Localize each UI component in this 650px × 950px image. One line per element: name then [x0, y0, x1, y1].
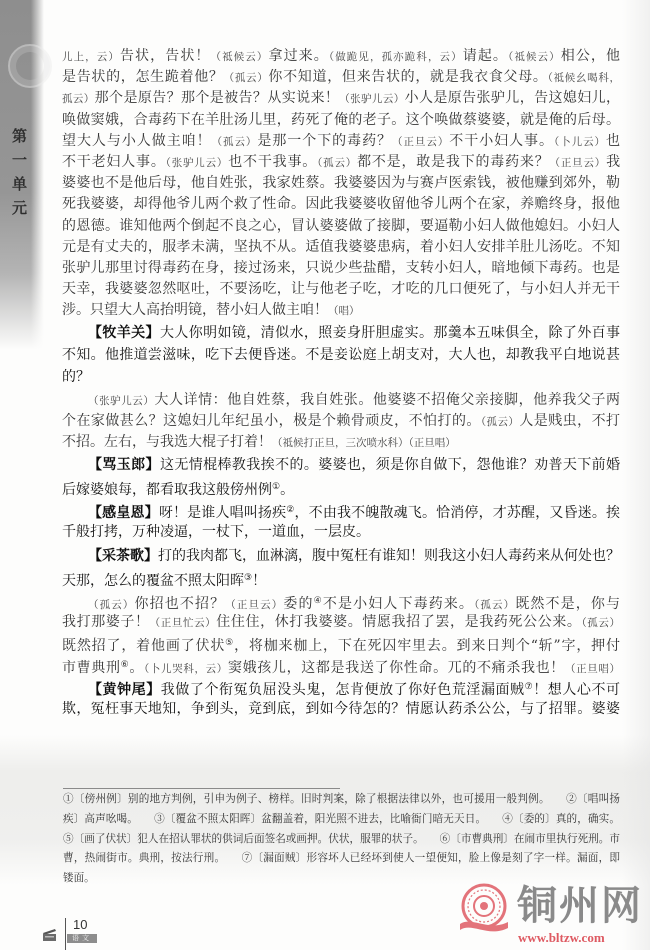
text-line: 【黄钟尾】我做了个衔冤负屈没头鬼，怎肯便放了你好色荒淫漏面贼⑦！想人心不可	[62, 677, 620, 699]
lyric-paragraph: 【感皇恩】呀！是谁人唱叫扬疾②，不由我不魄散魂飞。恰消停，才苏醒，又昏迷。挨千般…	[62, 500, 620, 544]
text-line: 不知。他推道尝滋味，吃下去便昏迷。不是妾讼庭上胡支对，大人也，却教我平白地说甚	[62, 345, 620, 367]
footnote-line: ⑤〔画了伏状〕犯人在招认罪状的供词后面签名或画押。伏状，服罪的状子。 ⑥〔市曹典…	[63, 830, 620, 850]
song-title: 【采茶歌】	[88, 548, 158, 564]
footnote-ref: ⑤	[225, 638, 234, 648]
body-text: 小人是原告张驴儿，告这媳妇儿，	[405, 90, 620, 106]
song-title: 【牧羊关】	[88, 325, 160, 341]
footnote-ref: ③	[244, 573, 252, 583]
stage-direction: （做跪见，孤亦跪科，云）	[329, 51, 463, 63]
text-line: 死我婆婆，却得他爷儿两个救了性命。因此我婆婆收留他爷儿两个在家，养赡终身，报他	[62, 194, 620, 215]
body-text: 婆婆也不是他后母，他自姓张，我家姓蔡。我婆婆因为与赛卢医索钱，被他赚到郊外，勒	[62, 175, 620, 191]
lyric-paragraph: 【骂玉郎】这无情棍棒教我挨不的。婆婆也，须是你自做下，怨他谁？劝普天下前婚后嫁婆…	[62, 455, 620, 499]
footnote-ref: ④	[314, 596, 323, 606]
text-line: 不招。左右，与我选大棍子打着！（祗候打正旦，三次喷水科）（正旦唱）	[62, 432, 620, 453]
watermark-logo-icon	[458, 882, 510, 936]
text-line: 的？	[62, 367, 620, 389]
text-line: 张驴儿那里讨得毒药在身，接过汤来，只说少些盐醋，支转小妇人，暗地倾下毒药。也是	[62, 258, 620, 279]
footnotes: ①〔傍州例〕别的地方判例，引申为例子、榜样。旧时判案，除了根据法律以外，也可援用…	[63, 790, 620, 889]
stage-direction: （正旦云）	[392, 136, 449, 148]
song-title: 【骂玉郎】	[88, 457, 160, 473]
watermark-site-name: 铜州网	[517, 884, 643, 928]
body-text: 也	[606, 133, 620, 149]
text-line: 元是有丈夫的，服孝未满，坚执不从。适值我婆婆患病，着小妇人安排羊肚儿汤吃。不知	[62, 237, 620, 258]
body-text: 千般打拷，万种凌逼，一杖下，一道血，一层皮。	[62, 524, 370, 540]
stage-direction: （正旦忙云）	[150, 617, 217, 629]
main-text: 儿上，云）告状，告状！（祗候云）拿过来。（做跪见，孤亦跪科，云）请起。（祗候云）…	[62, 46, 620, 723]
body-text: 不干老妇人事。	[62, 154, 166, 170]
text-line: 个在家做甚么？这媳妇儿年纪虽小，极是个赖骨顽皮，不怕打的。（孤云）人是贱虫，不打	[62, 411, 620, 432]
text-line: （孤云）你招也不招？（正旦云）委的④不是小妇人下毒药来。（孤云）既然不是，你与	[62, 591, 620, 612]
text-line: 儿上，云）告状，告状！（祗候云）拿过来。（做跪见，孤亦跪科，云）请起。（祗候云）…	[62, 46, 620, 67]
stage-direction: （孤云）	[581, 617, 620, 629]
text-line: （张驴儿云）大人详情：他自姓蔡，我自姓张。他婆婆不招俺父亲接脚，他养我父子两	[62, 390, 620, 411]
text-line: 天幸，我婆婆忽然呕吐，不要汤吃，让与他老子吃，才吃的几口便死了，与小妇人并无干	[62, 279, 620, 300]
body-text: 不知。他推道尝滋味，吃下去便昏迷。不是妾讼庭上胡支对，大人也，却教我平白地说甚	[62, 347, 620, 363]
body-text: 后嫁婆娘每，都看取我这般傍州例	[62, 482, 272, 498]
text-line: 【采茶歌】打的我肉都飞，血淋漓，腹中冤枉有谁知！则我这小妇人毒药来从何处也？	[62, 546, 620, 568]
text-line: 的恩德。谁知他两个倒起不良之心，冒认婆婆做了接脚，要逼勒小妇人做他媳妇。小妇人	[62, 216, 620, 237]
stage-direction: （唱）	[328, 305, 360, 317]
body-text: 你招也不招？	[135, 596, 226, 612]
body-text: 也不干我事。	[228, 154, 317, 170]
body-text: 窦娥孩儿，这都是我送了你性命。兀的不痛杀我也！	[228, 660, 565, 676]
page-number-divider	[65, 918, 66, 950]
lyric-paragraph: 【黄钟尾】我做了个衔冤负屈没头鬼，怎肯便放了你好色荒淫漏面贼⑦！想人心不可欺，冤…	[62, 677, 620, 721]
dialogue-paragraph: 儿上，云）告状，告状！（祗候云）拿过来。（做跪见，孤亦跪科，云）请起。（祗候云）…	[62, 46, 620, 321]
stage-direction: （孤云）	[88, 599, 135, 611]
body-text: 天幸，我婆婆忽然呕吐，不要汤吃，让与他老子吃，才吃的几口便死了，与小妇人并无干	[62, 281, 620, 297]
text-line: 不干老妇人事。（张驴儿云）也不干我事。（孤云）都不是，敢是我下的毒药来？（正旦云…	[62, 152, 620, 173]
stage-direction: （张驴儿云）	[88, 395, 154, 407]
footnote-line: ①〔傍州例〕别的地方判例，引申为例子、榜样。旧时判案，除了根据法律以外，也可援用…	[63, 790, 620, 810]
stage-direction: （张驴儿云）	[166, 157, 229, 169]
body-text: ！	[252, 573, 266, 589]
stage-direction: （正旦云）	[550, 157, 607, 169]
body-text: 呀！是谁人唱叫扬疾	[159, 505, 286, 521]
stage-direction: （祗候云）	[508, 51, 561, 63]
stage-direction: （正旦云）	[225, 599, 283, 611]
body-text: 那个是原告？那个是被告？从实说来！	[95, 90, 340, 106]
body-text: 是那一个下的毒药？	[257, 133, 392, 149]
stage-direction: （卜儿哭科，云）	[144, 663, 228, 675]
text-line: 涉。只望大人高抬明镜，替小妇人做主咱！（唱）	[62, 300, 620, 321]
stage-direction: （孤云）	[474, 599, 515, 611]
footnote-ref: ①	[272, 482, 280, 492]
footnote-line: 疾〕高声吆喝。 ③〔覆盆不照太阳晖〕盆翻盖着，阳光照不进去，比喻衙门暗无天日。 …	[63, 810, 620, 830]
body-text: 元是有丈夫的，服孝未满，坚执不从。适值我婆婆患病，着小妇人安排羊肚儿汤吃。不知	[62, 239, 620, 255]
stage-direction: （孤云）	[224, 72, 269, 84]
stage-direction: （张驴儿云）	[339, 93, 404, 105]
body-text: ，将枷来枷上，下在死囚牢里去。到来日判个“斩”字，押付	[234, 638, 620, 654]
song-title: 【感皇恩】	[88, 505, 159, 521]
body-text: 不招。左右，与我选大棍子打着！	[62, 434, 272, 450]
stage-direction: （祗候幺喝科，	[548, 72, 620, 84]
body-text: ！想人心不可	[533, 682, 620, 698]
stage-direction: （祗候打正旦，三次喷水科）（正旦唱）	[272, 437, 456, 449]
text-line: 后嫁婆娘每，都看取我这般傍州例①。	[62, 477, 620, 499]
body-text: 市曹典刑	[62, 660, 121, 676]
text-line: 【牧羊关】大人你明如镜，清似水，照妾身肝胆虚实。那羹本五味俱全，除了外百事	[62, 323, 620, 345]
body-text: 既然招了，着他画了伏状	[62, 638, 225, 654]
footnote-divider	[63, 788, 340, 789]
stage-direction: （正旦唱）	[565, 663, 620, 675]
body-text: 打的我肉都飞，血淋漓，腹中冤枉有谁知！则我这小妇人毒药来从何处也？	[158, 548, 620, 564]
body-text: ，不由我不魄散魂飞。恰消停，才苏醒，又昏迷。挨	[295, 505, 621, 521]
dialogue-paragraph: （孤云）你招也不招？（正旦云）委的④不是小妇人下毒药来。（孤云）既然不是，你与我…	[62, 591, 620, 676]
body-text: 都不是，敢是我下的毒药来？	[357, 154, 549, 170]
footnote-line: 曹，热闹街市。典刑，按法行刑。 ⑦〔漏面贼〕形容坏人已经坏到使人一望便知，脸上像…	[63, 849, 620, 869]
text-line: 既然招了，着他画了伏状⑤，将枷来枷上，下在死囚牢里去。到来日判个“斩”字，押付	[62, 633, 620, 654]
dialogue-paragraph: （张驴儿云）大人详情：他自姓蔡，我自姓张。他婆婆不招俺父亲接脚，他养我父子两个在…	[62, 390, 620, 454]
lyric-paragraph: 【牧羊关】大人你明如镜，清似水，照妾身肝胆虚实。那羹本五味俱全，除了外百事不知。…	[62, 323, 620, 389]
text-line: 欺，冤枉事天地知，争到头，竞到底，到如今待怎的？情愿认药杀公公，与了招罪。婆婆	[62, 699, 620, 721]
body-text: 望大人与小人做主咱！	[62, 133, 212, 149]
text-line: 望大人与小人做主咱！（孤云）是那一个下的毒药？（正旦云）不干小妇人事。（卜儿云）…	[62, 131, 620, 152]
body-text: 我	[606, 154, 620, 170]
body-text: 拿过来。	[269, 48, 329, 64]
body-text: 我打那婆子！	[62, 614, 150, 630]
page-number: 10	[73, 917, 87, 932]
text-line: 唤做窦娥，合毒药下在羊肚汤儿里，药死了俺的老子。这个唤做蔡婆婆，就是俺的后母。	[62, 110, 620, 131]
footnote-ref: ②	[286, 505, 294, 515]
body-text: 大人你明如镜，清似水，照妾身肝胆虚实。那羹本五味俱全，除了外百事	[160, 325, 620, 341]
text-line: 我打那婆子！（正旦忙云）住住住，休打我婆婆。情愿我招了罢，是我药死公公来。（孤云…	[62, 612, 620, 633]
stage-direction: 儿上，云）	[62, 51, 120, 63]
text-line: 孤云）那个是原告？那个是被告？从实说来！（张驴儿云）小人是原告张驴儿，告这媳妇儿…	[62, 88, 620, 109]
body-text: 不干小妇人事。	[449, 133, 554, 149]
body-text: 委的	[283, 596, 313, 612]
body-text: 你不知道，但来告状的，就是我衣食父母。	[268, 69, 547, 85]
body-text: 这无情棍棒教我挨不的。婆婆也，须是你自做下，怨他谁？劝普天下前婚	[160, 457, 620, 473]
unit-label: 第一单元	[9, 128, 30, 224]
book-icon	[42, 926, 57, 939]
body-text: 人是贱虫，不打	[519, 413, 620, 429]
body-text: 的？	[62, 369, 90, 385]
body-text: 请起。	[463, 48, 508, 64]
body-text: 我做了个衔冤负屈没头鬼，怎肯便放了你好色荒淫漏面贼	[161, 682, 525, 698]
footnote-ref: ⑦	[525, 682, 534, 692]
body-text: 张驴儿那里讨得毒药在身，接过汤来，只说少些盐醋，支转小妇人，暗地倾下毒药。也是	[62, 260, 620, 276]
stage-direction: （孤云）	[481, 416, 520, 428]
body-text: 天那，怎么的覆盆不照太阳晖	[62, 573, 244, 589]
body-text: 住住住，休打我婆婆。情愿我招了罢，是我药死公公来。	[216, 614, 581, 630]
watermark-url: www.bltzw.com	[518, 930, 605, 946]
body-text: 。	[280, 482, 294, 498]
body-text: 个在家做甚么？这媳妇儿年纪虽小，极是个赖骨顽皮，不怕打的。	[62, 413, 481, 429]
scan-edge-shade	[622, 0, 650, 950]
lyric-paragraph: 【采茶歌】打的我肉都飞，血淋漓，腹中冤枉有谁知！则我这小妇人毒药来从何处也？天那…	[62, 546, 620, 590]
song-title: 【黄钟尾】	[88, 682, 161, 698]
stage-direction: 孤云）	[62, 93, 95, 105]
subject-label: 语文	[67, 934, 97, 943]
text-line: 【骂玉郎】这无情棍棒教我挨不的。婆婆也，须是你自做下，怨他谁？劝普天下前婚	[62, 455, 620, 477]
text-line: 婆婆也不是他后母，他自姓张，我家姓蔡。我婆婆因为与赛卢医索钱，被他赚到郊外，勒	[62, 173, 620, 194]
stage-direction: （祗候云）	[211, 51, 269, 63]
stage-direction: （卜儿云）	[554, 136, 606, 148]
body-text: 相公，他	[561, 48, 620, 64]
body-text: 的恩德。谁知他两个倒起不良之心，冒认婆婆做了接脚，要逼勒小妇人做他媳妇。小妇人	[62, 218, 620, 234]
text-line: 是告状的，怎生跪着他？（孤云）你不知道，但来告状的，就是我衣食父母。（祗候幺喝科…	[62, 67, 620, 88]
body-text: 既然不是，你与	[515, 596, 620, 612]
text-line: 市曹典刑⑥。（卜儿哭科，云）窦娥孩儿，这都是我送了你性命。兀的不痛杀我也！（正旦…	[62, 655, 620, 676]
stage-direction: （孤云）	[212, 136, 258, 148]
text-line: 【感皇恩】呀！是谁人唱叫扬疾②，不由我不魄散魂飞。恰消停，才苏醒，又昏迷。挨	[62, 500, 620, 522]
emblem-icon	[8, 44, 52, 88]
stage-direction: （孤云）	[317, 157, 357, 169]
body-text: 大人详情：他自姓蔡，我自姓张。他婆婆不招俺父亲接脚，他养我父子两	[154, 392, 620, 408]
text-line: 千般打拷，万种凌逼，一杖下，一道血，一层皮。	[62, 522, 620, 544]
body-text: 涉。只望大人高抬明镜，替小妇人做主咱！	[62, 302, 328, 318]
body-text: 唤做窦娥，合毒药下在羊肚汤儿里，药死了俺的老子。这个唤做蔡婆婆，就是俺的后母。	[62, 112, 620, 128]
text-line: 天那，怎么的覆盆不照太阳晖③！	[62, 568, 620, 590]
body-text: 是告状的，怎生跪着他？	[62, 69, 224, 85]
body-text: 欺，冤枉事天地知，争到头，竞到底，到如今待怎的？情愿认药杀公公，与了招罪。婆婆	[62, 701, 620, 717]
body-text: 不是小妇人下毒药来。	[323, 596, 474, 612]
body-text: 告状，告状！	[120, 48, 211, 64]
body-text: 。	[129, 660, 144, 676]
body-text: 死我婆婆，却得他爷儿两个救了性命。因此我婆婆收留他爷儿两个在家，养赡终身，报他	[62, 196, 620, 212]
